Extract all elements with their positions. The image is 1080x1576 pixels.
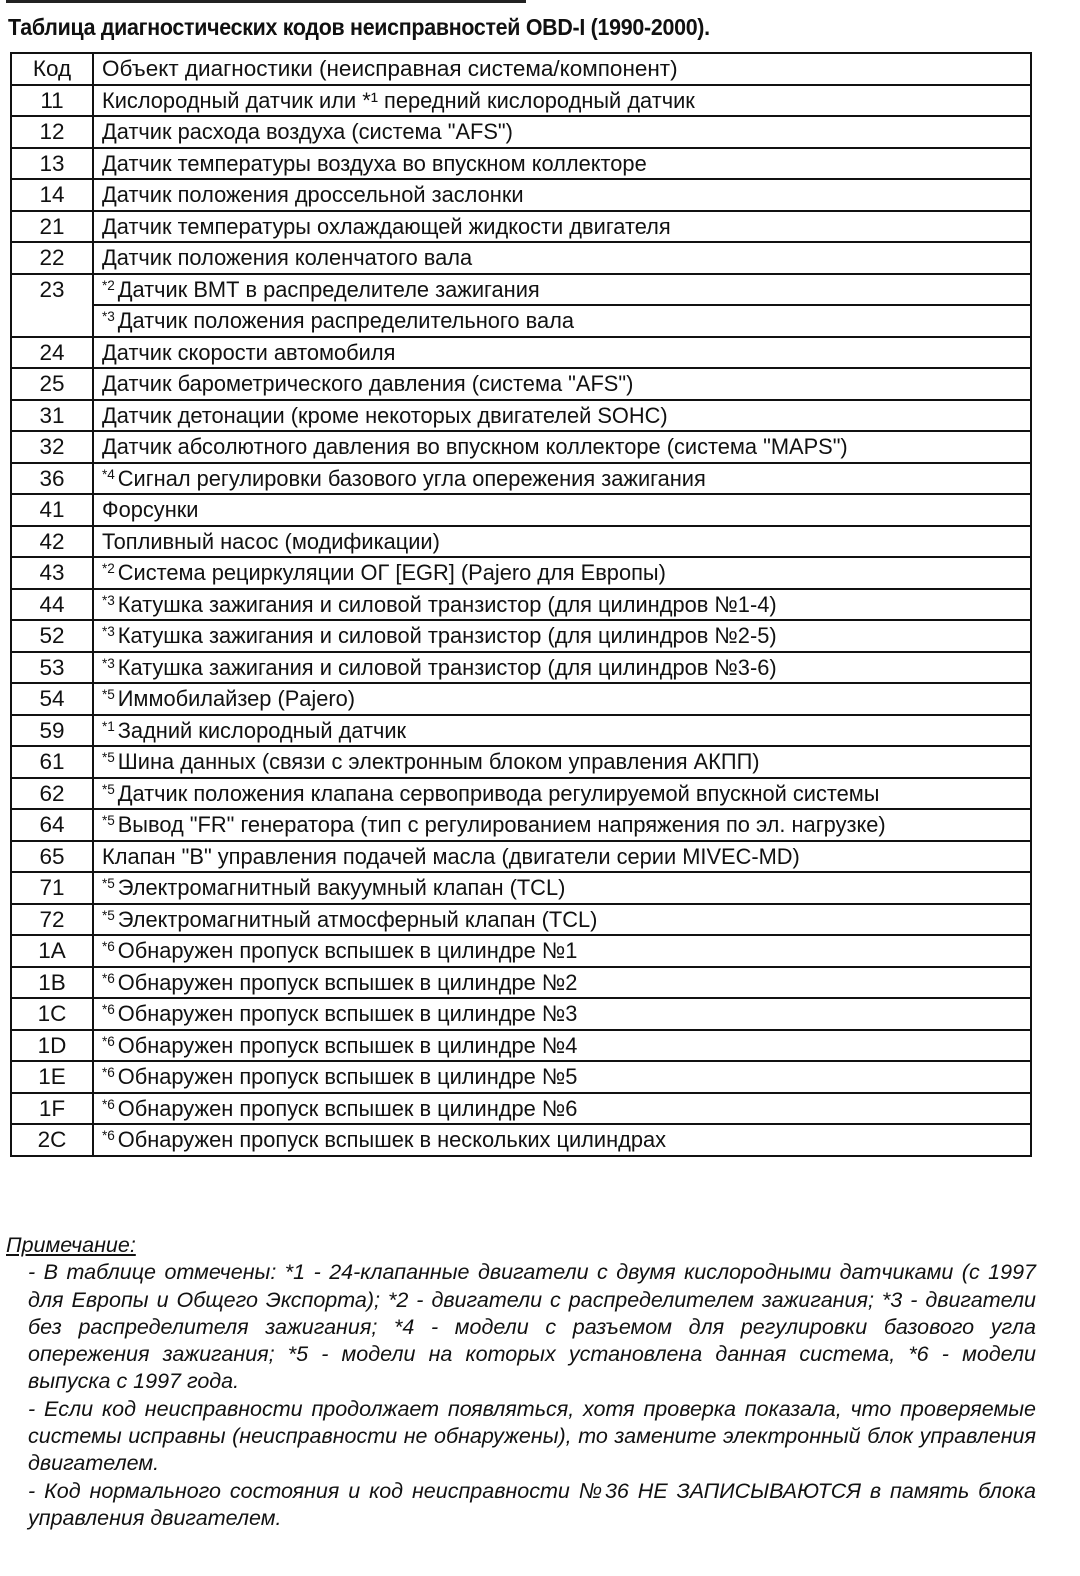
description-text: Датчик положения распределительного вала <box>118 308 574 333</box>
table-row: 71*5Электромагнитный вакуумный клапан (T… <box>11 872 1031 904</box>
description-text: Обнаружен пропуск вспышек в цилиндре №1 <box>118 938 578 963</box>
table-row: 62*5Датчик положения клапана сервопривод… <box>11 778 1031 810</box>
description-cell: Датчик положения коленчатого вала <box>93 242 1031 274</box>
description-cell: *1Задний кислородный датчик <box>93 715 1031 747</box>
code-cell: 42 <box>11 526 93 558</box>
description-text: Иммобилайзер (Pajero) <box>118 686 355 711</box>
description-cell: *5Вывод "FR" генератора (тип с регулиров… <box>93 809 1031 841</box>
code-cell: 1F <box>11 1093 93 1125</box>
description-cell: Датчик положения дроссельной заслонки <box>93 179 1031 211</box>
code-cell: 44 <box>11 589 93 621</box>
description-text: Обнаружен пропуск вспышек в цилиндре №2 <box>118 970 578 995</box>
description-text: Датчик температуры охлаждающей жидкости … <box>102 214 671 239</box>
description-text: Вывод "FR" генератора (тип с регулирован… <box>118 812 886 837</box>
description-cell: *6Обнаружен пропуск вспышек в цилиндре №… <box>93 998 1031 1030</box>
description-text: Датчик положения коленчатого вала <box>102 245 472 270</box>
code-cell: 41 <box>11 494 93 526</box>
notes-heading: Примечание: <box>6 1232 1036 1259</box>
footnote-marker: *6 <box>102 970 115 986</box>
footnote-marker: *6 <box>102 1096 115 1112</box>
table-row: 54*5Иммобилайзер (Pajero) <box>11 683 1031 715</box>
description-cell: Топливный насос (модификации) <box>93 526 1031 558</box>
code-cell: 1B <box>11 967 93 999</box>
description-text: Форсунки <box>102 497 198 522</box>
table-row: 1E*6Обнаружен пропуск вспышек в цилиндре… <box>11 1061 1031 1093</box>
description-cell: *3Катушка зажигания и силовой транзистор… <box>93 652 1031 684</box>
notes-section: Примечание: - В таблице отмечены: *1 - 2… <box>6 1232 1036 1532</box>
description-cell: *5Иммобилайзер (Pajero) <box>93 683 1031 715</box>
code-cell: 13 <box>11 148 93 180</box>
footnote-marker: *6 <box>102 1127 115 1143</box>
description-text: Топливный насос (модификации) <box>102 529 440 554</box>
description-text: Датчик ВМТ в распределителе зажигания <box>118 277 540 302</box>
table-row: 41Форсунки <box>11 494 1031 526</box>
description-text: Электромагнитный вакуумный клапан (TCL) <box>118 875 566 900</box>
description-cell: Клапан "B" управления подачей масла (дви… <box>93 841 1031 873</box>
code-cell: 54 <box>11 683 93 715</box>
code-cell: 11 <box>11 85 93 117</box>
code-cell: 43 <box>11 557 93 589</box>
code-cell: 1C <box>11 998 93 1030</box>
table-row: 11Кислородный датчик или *¹ передний кис… <box>11 85 1031 117</box>
code-cell: 25 <box>11 368 93 400</box>
footnote-marker: *5 <box>102 781 115 797</box>
description-cell: *3Датчик положения распределительного ва… <box>93 305 1031 337</box>
code-cell: 72 <box>11 904 93 936</box>
note-item: - В таблице отмечены: *1 - 24-клапанные … <box>28 1259 1036 1395</box>
code-cell: 32 <box>11 431 93 463</box>
table-row: 24Датчик скорости автомобиля <box>11 337 1031 369</box>
description-cell: *6Обнаружен пропуск вспышек в нескольких… <box>93 1124 1031 1156</box>
code-cell: 2C <box>11 1124 93 1156</box>
code-cell: 62 <box>11 778 93 810</box>
note-item: - Код нормального состояния и код неиспр… <box>28 1478 1036 1533</box>
table-row: 23*2Датчик ВМТ в распределителе зажигани… <box>11 274 1031 306</box>
description-cell: *4Сигнал регулировки базового угла опере… <box>93 463 1031 495</box>
description-cell: Датчик температуры охлаждающей жидкости … <box>93 211 1031 243</box>
description-cell: *2Датчик ВМТ в распределителе зажигания <box>93 274 1031 306</box>
description-cell: Датчик детонации (кроме некоторых двигат… <box>93 400 1031 432</box>
footnote-marker: *5 <box>102 749 115 765</box>
code-cell: 64 <box>11 809 93 841</box>
description-text: Катушка зажигания и силовой транзистор (… <box>118 623 777 648</box>
description-cell: Датчик барометрического давления (систем… <box>93 368 1031 400</box>
description-text: Шина данных (связи с электронным блоком … <box>118 749 760 774</box>
footnote-marker: *3 <box>102 655 115 671</box>
code-cell: 24 <box>11 337 93 369</box>
footnote-marker: *6 <box>102 1064 115 1080</box>
table-row: 64*5Вывод "FR" генератора (тип с регулир… <box>11 809 1031 841</box>
footnote-marker: *6 <box>102 1033 115 1049</box>
table-row: 14Датчик положения дроссельной заслонки <box>11 179 1031 211</box>
footnote-marker: *5 <box>102 812 115 828</box>
description-text: Система рециркуляции ОГ [EGR] (Pajero дл… <box>118 560 666 585</box>
table-row: 12Датчик расхода воздуха (система "AFS") <box>11 116 1031 148</box>
description-text: Датчик расхода воздуха (система "AFS") <box>102 119 513 144</box>
description-cell: *5Шина данных (связи с электронным блоко… <box>93 746 1031 778</box>
table-row: 36*4Сигнал регулировки базового угла опе… <box>11 463 1031 495</box>
table-row: 22Датчик положения коленчатого вала <box>11 242 1031 274</box>
footnote-marker: *2 <box>102 560 115 576</box>
code-cell: 61 <box>11 746 93 778</box>
description-text: Сигнал регулировки базового угла опереже… <box>118 466 706 491</box>
footnote-marker: *3 <box>102 592 115 608</box>
code-cell: 1A <box>11 935 93 967</box>
table-row: 72*5Электромагнитный атмосферный клапан … <box>11 904 1031 936</box>
description-cell: *5Датчик положения клапана сервопривода … <box>93 778 1031 810</box>
footnote-marker: *3 <box>102 623 115 639</box>
note-item: - Если код неисправности продолжает появ… <box>28 1396 1036 1478</box>
code-cell: 14 <box>11 179 93 211</box>
description-text: Датчик положения дроссельной заслонки <box>102 182 524 207</box>
code-cell: 1D <box>11 1030 93 1062</box>
description-text: Клапан "B" управления подачей масла (дви… <box>102 844 800 869</box>
table-row: 1D*6Обнаружен пропуск вспышек в цилиндре… <box>11 1030 1031 1062</box>
description-cell: Датчик расхода воздуха (система "AFS") <box>93 116 1031 148</box>
table-row: 53*3Катушка зажигания и силовой транзист… <box>11 652 1031 684</box>
footnote-marker: *2 <box>102 277 115 293</box>
footnote-marker: *5 <box>102 686 115 702</box>
description-text: Катушка зажигания и силовой транзистор (… <box>118 592 777 617</box>
diagnostic-codes-table: Код Объект диагностики (неисправная сист… <box>10 52 1032 1157</box>
description-cell: *5Электромагнитный вакуумный клапан (TCL… <box>93 872 1031 904</box>
description-text: Обнаружен пропуск вспышек в цилиндре №3 <box>118 1001 578 1026</box>
header-code: Код <box>11 53 93 85</box>
description-cell: Форсунки <box>93 494 1031 526</box>
page-title: Таблица диагностических кодов неисправно… <box>8 14 710 41</box>
table-row: 1F*6Обнаружен пропуск вспышек в цилиндре… <box>11 1093 1031 1125</box>
description-text: Электромагнитный атмосферный клапан (TCL… <box>118 907 598 932</box>
footnote-marker: *3 <box>102 308 115 324</box>
footnote-marker: *4 <box>102 466 115 482</box>
code-cell: 59 <box>11 715 93 747</box>
footnote-marker: *6 <box>102 938 115 954</box>
code-cell: 23 <box>11 274 93 337</box>
table-row: 1A*6Обнаружен пропуск вспышек в цилиндре… <box>11 935 1031 967</box>
table-row: 1C*6Обнаружен пропуск вспышек в цилиндре… <box>11 998 1031 1030</box>
table-row: 1B*6Обнаружен пропуск вспышек в цилиндре… <box>11 967 1031 999</box>
code-cell: 65 <box>11 841 93 873</box>
description-cell: Кислородный датчик или *¹ передний кисло… <box>93 85 1031 117</box>
table-row: 44*3Катушка зажигания и силовой транзист… <box>11 589 1031 621</box>
table-row: *3Датчик положения распределительного ва… <box>11 305 1031 337</box>
description-text: Датчик абсолютного давления во впускном … <box>102 434 848 459</box>
description-cell: *6Обнаружен пропуск вспышек в цилиндре №… <box>93 1093 1031 1125</box>
code-cell: 52 <box>11 620 93 652</box>
table-header-row: Код Объект диагностики (неисправная сист… <box>11 53 1031 85</box>
description-cell: Датчик температуры воздуха во впускном к… <box>93 148 1031 180</box>
description-text: Обнаружен пропуск вспышек в цилиндре №5 <box>118 1064 578 1089</box>
description-text: Обнаружен пропуск вспышек в нескольких ц… <box>118 1127 666 1152</box>
code-cell: 31 <box>11 400 93 432</box>
description-cell: *6Обнаружен пропуск вспышек в цилиндре №… <box>93 967 1031 999</box>
code-cell: 1E <box>11 1061 93 1093</box>
description-cell: Датчик абсолютного давления во впускном … <box>93 431 1031 463</box>
description-text: Датчик скорости автомобиля <box>102 340 395 365</box>
description-text: Задний кислородный датчик <box>118 718 406 743</box>
footnote-marker: *5 <box>102 875 115 891</box>
table-row: 42Топливный насос (модификации) <box>11 526 1031 558</box>
table-row: 2C*6Обнаружен пропуск вспышек в нескольк… <box>11 1124 1031 1156</box>
footnote-marker: *1 <box>102 718 115 734</box>
description-text: Датчик положения клапана сервопривода ре… <box>118 781 880 806</box>
table-row: 25Датчик барометрического давления (сист… <box>11 368 1031 400</box>
description-text: Обнаружен пропуск вспышек в цилиндре №6 <box>118 1096 578 1121</box>
description-cell: Датчик скорости автомобиля <box>93 337 1031 369</box>
description-text: Кислородный датчик или *¹ передний кисло… <box>102 88 695 113</box>
description-cell: *6Обнаружен пропуск вспышек в цилиндре №… <box>93 935 1031 967</box>
code-cell: 21 <box>11 211 93 243</box>
description-text: Датчик температуры воздуха во впускном к… <box>102 151 647 176</box>
previous-section-rule <box>6 0 526 3</box>
table-row: 43*2Система рециркуляции ОГ [EGR] (Pajer… <box>11 557 1031 589</box>
code-cell: 71 <box>11 872 93 904</box>
table-row: 61*5Шина данных (связи с электронным бло… <box>11 746 1031 778</box>
description-text: Датчик барометрического давления (систем… <box>102 371 633 396</box>
footnote-marker: *5 <box>102 907 115 923</box>
table-row: 13Датчик температуры воздуха во впускном… <box>11 148 1031 180</box>
table-row: 21Датчик температуры охлаждающей жидкост… <box>11 211 1031 243</box>
table-row: 32Датчик абсолютного давления во впускно… <box>11 431 1031 463</box>
header-description: Объект диагностики (неисправная система/… <box>93 53 1031 85</box>
description-text: Катушка зажигания и силовой транзистор (… <box>118 655 777 680</box>
description-cell: *3Катушка зажигания и силовой транзистор… <box>93 620 1031 652</box>
footnote-marker: *6 <box>102 1001 115 1017</box>
description-text: Обнаружен пропуск вспышек в цилиндре №4 <box>118 1033 578 1058</box>
code-cell: 53 <box>11 652 93 684</box>
table-row: 31Датчик детонации (кроме некоторых двиг… <box>11 400 1031 432</box>
description-cell: *5Электромагнитный атмосферный клапан (T… <box>93 904 1031 936</box>
code-cell: 36 <box>11 463 93 495</box>
description-text: Датчик детонации (кроме некоторых двигат… <box>102 403 668 428</box>
code-cell: 12 <box>11 116 93 148</box>
description-cell: *2Система рециркуляции ОГ [EGR] (Pajero … <box>93 557 1031 589</box>
code-cell: 22 <box>11 242 93 274</box>
description-cell: *3Катушка зажигания и силовой транзистор… <box>93 589 1031 621</box>
table-row: 59*1Задний кислородный датчик <box>11 715 1031 747</box>
description-cell: *6Обнаружен пропуск вспышек в цилиндре №… <box>93 1030 1031 1062</box>
table-row: 65Клапан "B" управления подачей масла (д… <box>11 841 1031 873</box>
description-cell: *6Обнаружен пропуск вспышек в цилиндре №… <box>93 1061 1031 1093</box>
table-row: 52*3Катушка зажигания и силовой транзист… <box>11 620 1031 652</box>
